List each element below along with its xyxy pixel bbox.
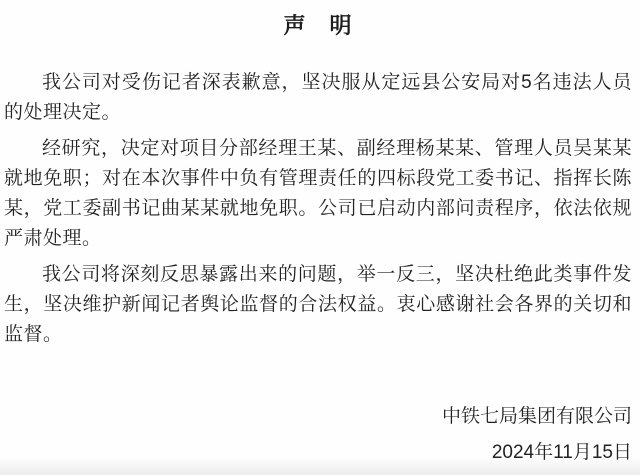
paragraph-apology: 我公司对受伤记者深表歉意，坚决服从定远县公安局对5名违法人员的处理决定。 [4, 68, 632, 128]
document-date: 2024年11月15日 [4, 438, 632, 468]
document-title: 声 明 [4, 10, 632, 42]
document-footer: 中铁七局集团有限公司 2024年11月15日 [4, 402, 632, 468]
paragraph-dismissals: 经研究，决定对项目分部经理王某、副经理杨某某、管理人员吴某某就地免职；对在本次事… [4, 134, 632, 254]
document-body: 我公司对受伤记者深表歉意，坚决服从定远县公安局对5名违法人员的处理决定。 经研究… [4, 68, 632, 350]
company-signature: 中铁七局集团有限公司 [4, 402, 632, 432]
paragraph-reflection: 我公司将深刻反思暴露出来的问题，举一反三，坚决杜绝此类事件发生，坚决维护新闻记者… [4, 260, 632, 350]
statement-document: 声 明 我公司对受伤记者深表歉意，坚决服从定远县公安局对5名违法人员的处理决定。… [0, 0, 640, 475]
